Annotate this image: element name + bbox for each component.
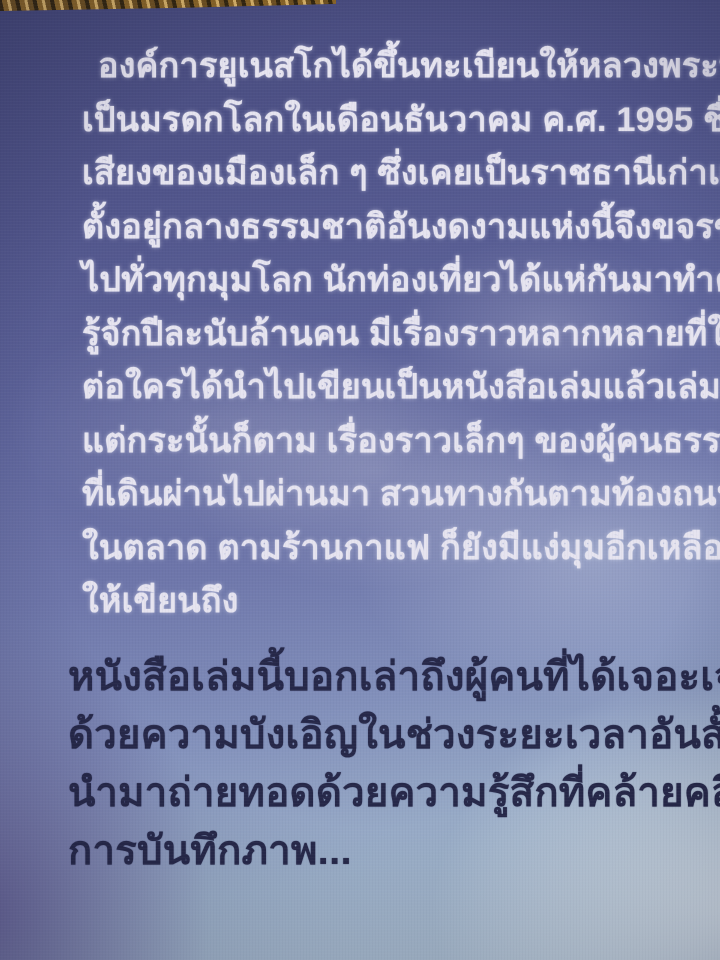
text-line: ด้วยความบังเอิญในช่วงระยะเวลาอันสั้น แล้… — [68, 706, 720, 764]
text-line: หนังสือเล่มนี้บอกเล่าถึงผู้คนที่ได้เจอะเ… — [68, 648, 720, 706]
text-line: ให้เขียนถึง — [82, 575, 720, 629]
woven-mat-edge — [0, 0, 336, 11]
book-page-photo: องค์การยูเนสโกได้ขึ้นทะเบียนให้หลวงพระบา… — [0, 0, 720, 960]
text-line: รู้จักปีละนับล้านคน มีเรื่องราวหลากหลายท… — [82, 308, 720, 362]
text-line: การบันทึกภาพ... — [68, 822, 720, 880]
paragraph-unesco-luang-prabang: องค์การยูเนสโกได้ขึ้นทะเบียนให้หลวงพระบา… — [82, 40, 720, 629]
text-line: เสียงของเมืองเล็ก ๆ ซึ่งเคยเป็นราชธานีเก… — [82, 147, 720, 201]
paragraph-book-summary: หนังสือเล่มนี้บอกเล่าถึงผู้คนที่ได้เจอะเ… — [68, 648, 720, 880]
text-line: ตั้งอยู่กลางธรรมชาติอันงดงามแห่งนี้จึงขจ… — [82, 201, 720, 255]
text-line: แต่กระนั้นก็ตาม เรื่องราวเล็กๆ ของผู้คนธ… — [82, 415, 720, 469]
text-line: ไปทั่วทุกมุมโลก นักท่องเที่ยวได้แห่กันมา… — [82, 254, 720, 308]
text-line: ในตลาด ตามร้านกาแฟ ก็ยังมีแง่มุมอีกเหลือ… — [82, 522, 720, 576]
text-line: นำมาถ่ายทอดด้วยความรู้สึกที่คล้ายคลึงกับ — [68, 764, 720, 822]
text-line: เป็นมรดกโลกในเดือนธันวาคม ค.ศ. 1995 ชื่อ — [82, 94, 720, 148]
text-line: องค์การยูเนสโกได้ขึ้นทะเบียนให้หลวงพระบา… — [98, 40, 720, 94]
text-line: ที่เดินผ่านไปผ่านมา สวนทางกันตามท้องถนน — [82, 468, 720, 522]
text-line: ต่อใครได้นำไปเขียนเป็นหนังสือเล่มแล้วเล่… — [82, 361, 720, 415]
